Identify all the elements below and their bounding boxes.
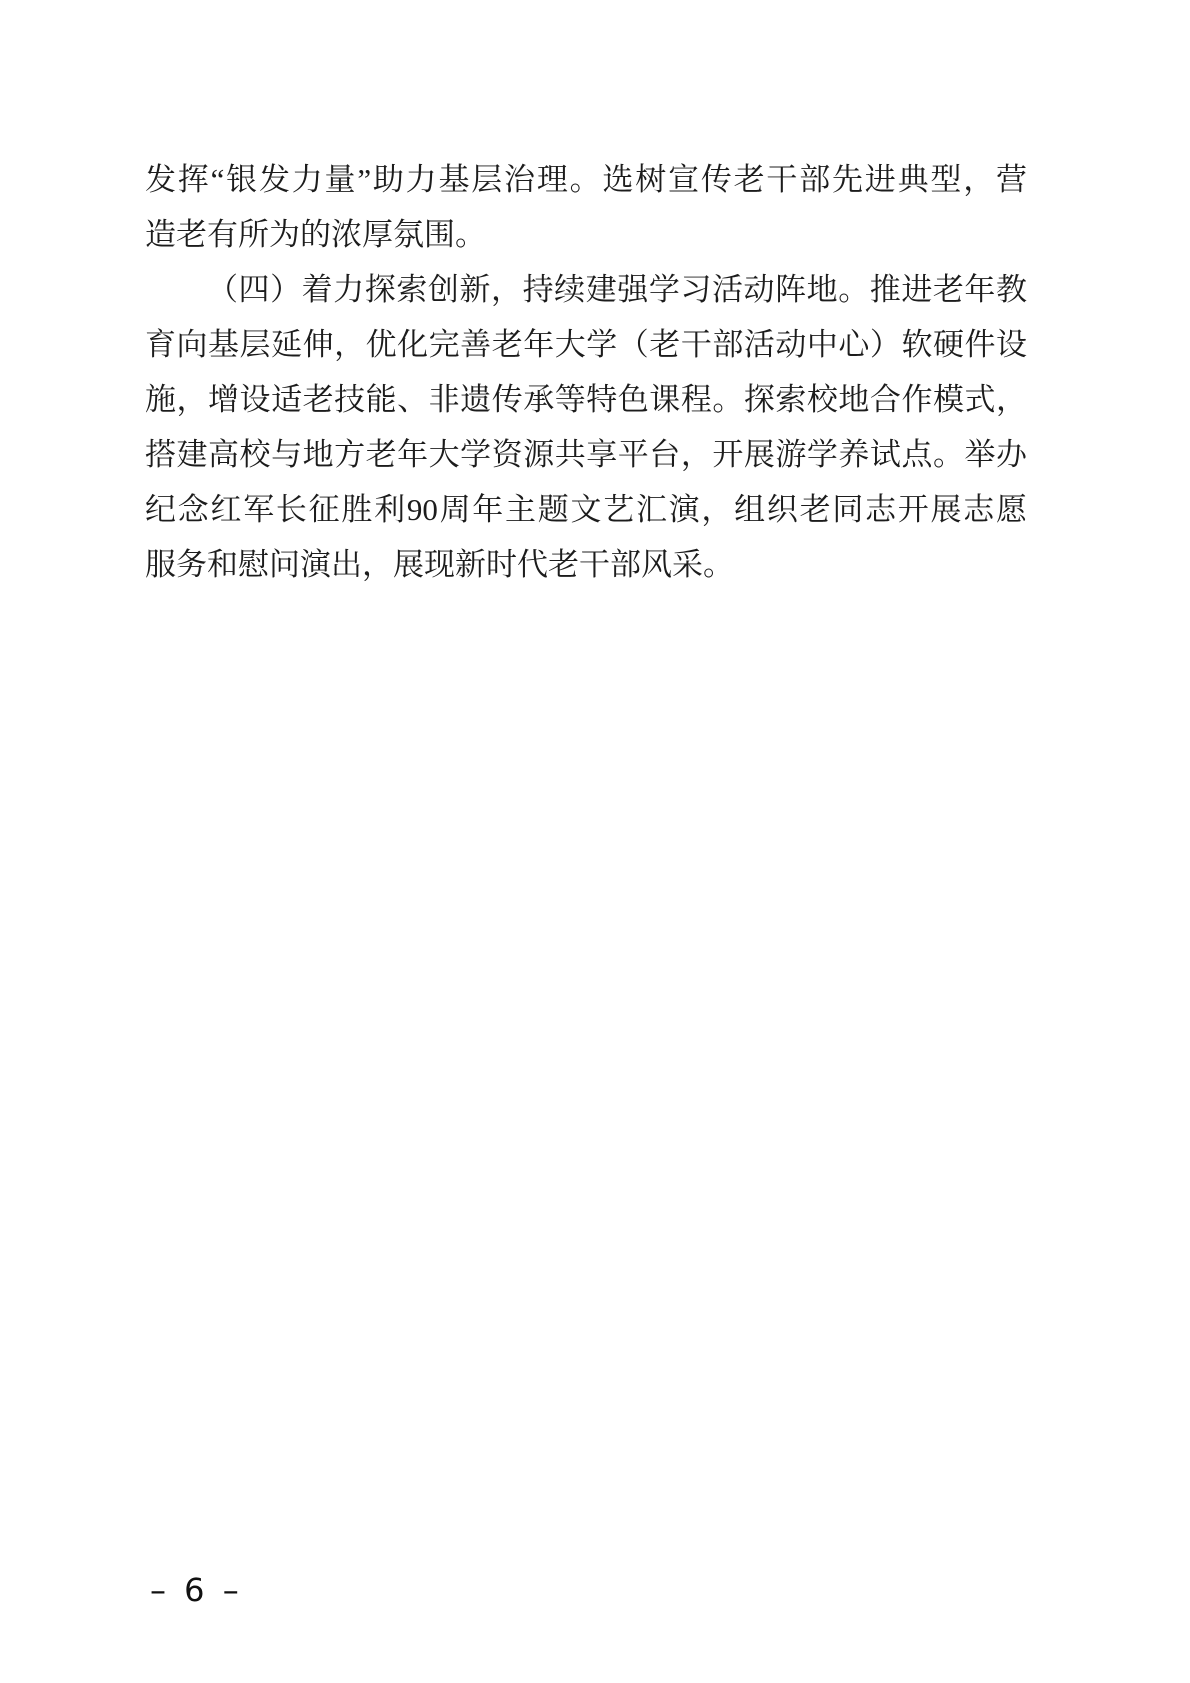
paragraph: 发挥“银发力量”助力基层治理。选树宣传老干部先进典型，营 造老有所为的浓厚氛围。	[145, 152, 1027, 262]
text-line: 育向基层延伸，优化完善老年大学（老干部活动中心）软硬件设	[145, 317, 1027, 372]
document-text: 发挥“银发力量”助力基层治理。选树宣传老干部先进典型，营 造老有所为的浓厚氛围。…	[145, 152, 1027, 592]
text-line: （四）着力探索创新，持续建强学习活动阵地。推进老年教	[145, 262, 1027, 317]
page-footer: – 6 –	[150, 1568, 239, 1612]
text-line: 搭建高校与地方老年大学资源共享平台，开展游学养试点。举办	[145, 427, 1027, 482]
document-page: 发挥“银发力量”助力基层治理。选树宣传老干部先进典型，营 造老有所为的浓厚氛围。…	[0, 0, 1190, 1683]
page-number: – 6 –	[150, 1571, 239, 1609]
text-line: 造老有所为的浓厚氛围。	[145, 207, 1027, 262]
text-line: 服务和慰问演出，展现新时代老干部风采。	[145, 537, 1027, 592]
text-line: 施，增设适老技能、非遗传承等特色课程。探索校地合作模式，	[145, 372, 1027, 427]
paragraph: （四）着力探索创新，持续建强学习活动阵地。推进老年教 育向基层延伸，优化完善老年…	[145, 262, 1027, 592]
text-line: 纪念红军长征胜利90周年主题文艺汇演，组织老同志开展志愿	[145, 482, 1027, 537]
text-line: 发挥“银发力量”助力基层治理。选树宣传老干部先进典型，营	[145, 152, 1027, 207]
